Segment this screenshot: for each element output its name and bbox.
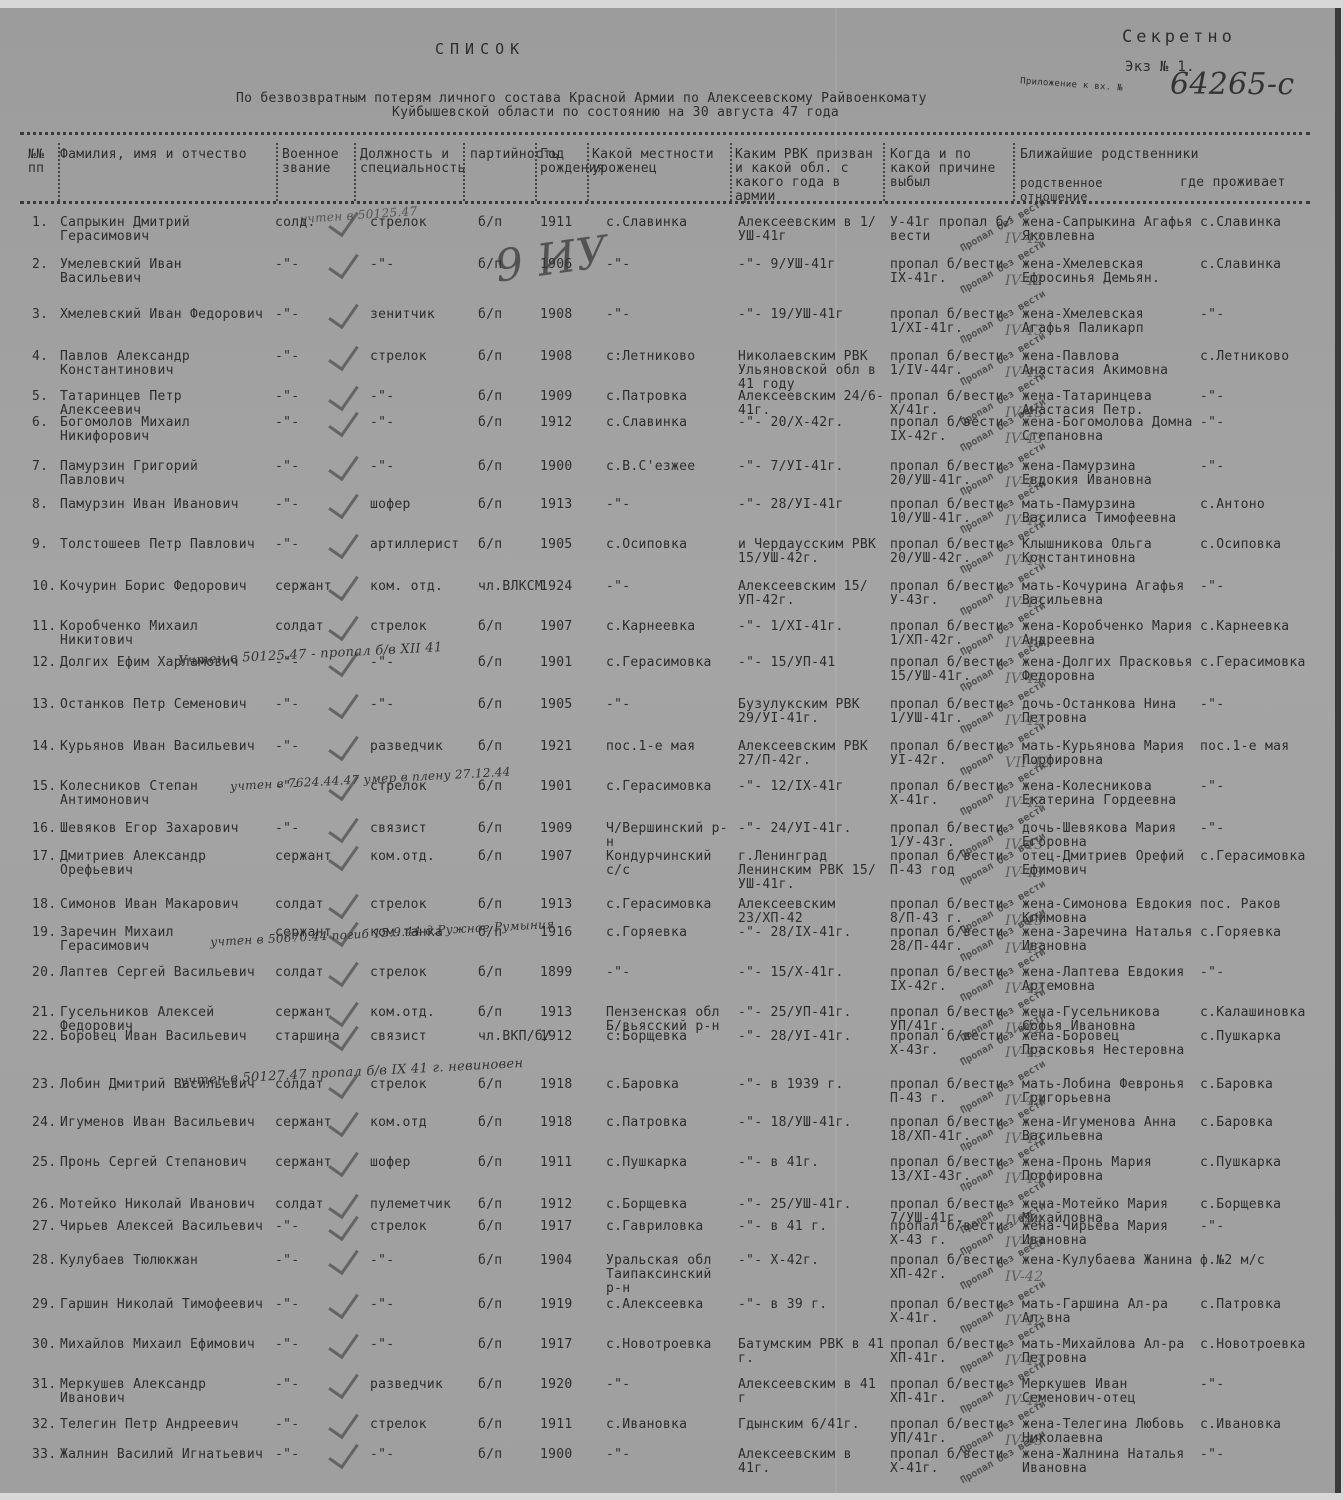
handwritten-note-row19: учтен в 50670.44 погиб 15.9.44 д.Ружное …	[210, 917, 555, 949]
row-origin: с.Патровка	[606, 390, 734, 404]
row-origin: с.Пушкарка	[606, 1156, 734, 1170]
row-number: 33.	[32, 1448, 56, 1462]
row-number: 3.	[32, 308, 48, 322]
row-conscripted: -"- 18/УШ-41г.	[738, 1116, 886, 1130]
row-residence: с.Карнеевка	[1200, 620, 1320, 634]
row-residence: с.Новотроевка	[1200, 1338, 1320, 1352]
row-birth-year: 1912	[540, 1030, 573, 1044]
row-party: б/п	[478, 1198, 502, 1212]
row-conscripted: -"- 15/X-41г.	[738, 966, 886, 980]
row-number: 8.	[32, 498, 48, 512]
row-role: стрелок	[370, 1220, 470, 1234]
col-divider	[587, 143, 589, 201]
header-bottom-rule	[20, 201, 1310, 204]
row-party: чл.ВЛКСМ	[478, 580, 543, 594]
row-relative: жена-Чирьева Мария Ивановна	[1022, 1220, 1197, 1248]
row-name: Татаринцев Петр Алексеевич	[60, 390, 270, 418]
col-origin: Какой местности уроженец	[592, 148, 727, 176]
row-conscripted: -"- в 39 г.	[738, 1298, 886, 1312]
row-origin: -"-	[606, 1448, 734, 1462]
row-role: разведчик	[370, 740, 470, 754]
row-relative: мать-Гаршина Ал-ра Ал-вна	[1022, 1298, 1197, 1326]
checkmark-icon	[328, 608, 359, 642]
row-conscripted: -"- в 41 г.	[738, 1220, 886, 1234]
row-residence: с.Баровка	[1200, 1078, 1320, 1092]
row-residence: -"-	[1200, 1378, 1320, 1392]
row-birth-year: 1918	[540, 1078, 573, 1092]
row-number: 1.	[32, 216, 48, 230]
row-origin: с.Горяевка	[606, 926, 734, 940]
row-number: 20.	[32, 966, 56, 980]
checkmark-icon	[328, 526, 359, 560]
document-subtitle-line1: По безвозвратным потерям личного состава…	[236, 92, 927, 106]
row-birth-year: 1907	[540, 620, 573, 634]
row-party: б/п	[478, 966, 502, 980]
row-conscripted: Алексеевским в 1/УШ-41г	[738, 216, 886, 244]
archive-number: 64265-с	[1170, 78, 1294, 92]
row-conscripted: -"- 15/УП-41	[738, 656, 886, 670]
row-conscripted: -"- в 1939 г.	[738, 1078, 886, 1092]
row-party: б/п	[478, 350, 502, 364]
row-residence: с.Ивановка	[1200, 1418, 1320, 1432]
row-residence: с.Антоно	[1200, 498, 1320, 512]
row-origin: с.Славинка	[606, 216, 734, 230]
row-birth-year: 1904	[540, 1254, 573, 1268]
checkmark-icon	[328, 838, 359, 872]
row-name: Толстошеев Петр Павлович	[60, 538, 270, 552]
row-residence: -"-	[1200, 580, 1320, 594]
row-party: б/п	[478, 1448, 502, 1462]
row-origin: с.В.С'езжее	[606, 460, 734, 474]
row-rank: -"-	[275, 1338, 299, 1352]
row-party: б/п	[478, 498, 502, 512]
row-party: б/п	[478, 1254, 502, 1268]
row-party: б/п	[478, 1006, 502, 1020]
row-conscripted: Алексеевским 23/XП-42	[738, 898, 886, 926]
row-relative: жена-Пронь Мария Порфировна	[1022, 1156, 1197, 1184]
row-birth-year: 1913	[540, 498, 573, 512]
row-party: б/п	[478, 1298, 502, 1312]
row-residence: ф.№2 м/с	[1200, 1254, 1320, 1268]
row-role: ком.отд	[370, 1116, 470, 1130]
checkmark-icon	[328, 1144, 359, 1178]
row-residence: -"-	[1200, 416, 1320, 430]
row-birth-year: 1920	[540, 1378, 573, 1392]
checkmark-icon	[328, 1018, 359, 1052]
row-residence: -"-	[1200, 308, 1320, 322]
row-role: артиллерист	[370, 538, 470, 552]
row-rank: -"-	[275, 258, 299, 272]
col-relatives-group: Ближайшие родственники	[1020, 148, 1199, 162]
header-top-rule	[20, 132, 1310, 135]
row-birth-year: 1900	[540, 1448, 573, 1462]
row-number: 6.	[32, 416, 48, 430]
row-relative: мать-Кочурина Агафья Васильевна	[1022, 580, 1197, 608]
row-origin: Уральская обл Таипаксинский р-н	[606, 1254, 734, 1296]
stamp-mark: IV-43	[1005, 1046, 1043, 1060]
row-conscripted: -"- 28/УI-41г.	[738, 1030, 886, 1044]
checkmark-icon	[328, 486, 359, 520]
row-residence: пос.1-е мая	[1200, 740, 1320, 754]
row-rank: -"-	[275, 740, 299, 754]
col-position: Должность и специальность	[360, 148, 460, 176]
row-conscripted: -"- 25/УП-41г.	[738, 1006, 886, 1020]
col-departure: Когда и по какой причине выбыл	[890, 148, 1010, 190]
row-conscripted: -"- 12/IX-41г	[738, 780, 886, 794]
row-birth-year: 1905	[540, 698, 573, 712]
row-name: Симонов Иван Макарович	[60, 898, 270, 912]
row-origin: с.Алексеевка	[606, 1298, 734, 1312]
row-origin: -"-	[606, 580, 734, 594]
document-page: СПИСОК Секретно Экз № 1. 64265-с Приложе…	[0, 8, 1341, 1493]
row-residence: с.Осиповка	[1200, 538, 1320, 552]
row-name: Кулубаев Тюлюкжан	[60, 1254, 270, 1268]
classification-mark: Секретно	[1122, 30, 1236, 44]
row-name: Умелевский Иван Васильевич	[60, 258, 270, 286]
row-number: 29.	[32, 1298, 56, 1312]
row-number: 12.	[32, 656, 56, 670]
row-number: 21.	[32, 1006, 56, 1020]
row-relative: жена-Симонова Евдокия Климовна	[1022, 898, 1197, 926]
row-party: б/п	[478, 1156, 502, 1170]
row-conscripted: Алексеевским 24/6-41г.	[738, 390, 886, 418]
row-rank: -"-	[275, 390, 299, 404]
row-role: -"-	[370, 416, 470, 430]
row-conscripted: -"- 28/УI-41г	[738, 498, 886, 512]
row-number: 25.	[32, 1156, 56, 1170]
row-relative: жена-Сапрыкина Агафья Яковлевна	[1022, 216, 1197, 244]
row-number: 11.	[32, 620, 56, 634]
col-rank: Военное звание	[282, 148, 352, 176]
row-name: Хмелевский Иван Федорович	[60, 308, 270, 322]
row-party: б/п	[478, 698, 502, 712]
checkmark-icon	[328, 954, 359, 988]
row-party: б/п	[478, 740, 502, 754]
row-birth-year: 1911	[540, 1156, 573, 1170]
row-name: Дмитриев Александр Орефьевич	[60, 850, 270, 878]
row-rank: -"-	[275, 460, 299, 474]
row-number: 15.	[32, 780, 56, 794]
row-residence: с.Калашиновка	[1200, 1006, 1320, 1020]
row-role: -"-	[370, 460, 470, 474]
row-relative: жена-Заречина Наталья Ивановна	[1022, 926, 1197, 954]
row-origin: с.Герасимовка	[606, 898, 734, 912]
col-residence: где проживает	[1180, 176, 1286, 190]
row-role: зенитчик	[370, 308, 470, 322]
col-divider	[463, 143, 465, 201]
row-birth-year: 1909	[540, 822, 573, 836]
row-name: Боровец Иван Васильевич	[60, 1030, 270, 1044]
row-origin: -"-	[606, 258, 734, 272]
row-relative: дочь-Останкова Нина Петровна	[1022, 698, 1197, 726]
row-relative: жена-Хмелевская Ефросинья Демьян.	[1022, 258, 1197, 286]
row-party: б/п	[478, 538, 502, 552]
row-role: связист	[370, 822, 470, 836]
row-conscripted: Алексеевским в 41г.	[738, 1448, 886, 1476]
row-conscripted: -"- в 41г.	[738, 1156, 886, 1170]
row-conscripted: -"- 25/УШ-41г.	[738, 1198, 886, 1212]
row-birth-year: 1899	[540, 966, 573, 980]
row-rank: сержант	[275, 1116, 332, 1130]
row-role: связист	[370, 1030, 470, 1044]
checkmark-icon	[328, 1406, 359, 1440]
row-relative: жена-Памурзина Евдокия Ивановна	[1022, 460, 1197, 488]
row-role: -"-	[370, 1254, 470, 1268]
row-conscripted: Алексеевским 15/УП-42г.	[738, 580, 886, 608]
row-name: Мотейко Николай Иванович	[60, 1198, 270, 1212]
col-birth-year: Год рождения	[540, 148, 582, 176]
row-role: ком. отд.	[370, 580, 470, 594]
row-relative: жена-Кулубаева Жанина	[1022, 1254, 1197, 1268]
row-name: Сапрыкин Дмитрий Герасимович	[60, 216, 270, 244]
row-birth-year: 1913	[540, 1006, 573, 1020]
row-conscripted: Бузулукским РВК 29/УI-41г.	[738, 698, 886, 726]
row-birth-year: 1911	[540, 1418, 573, 1432]
row-rank: -"-	[275, 308, 299, 322]
row-name: Богомолов Михаил Никифорович	[60, 416, 270, 444]
row-role: стрелок	[370, 898, 470, 912]
row-conscripted: Гдынским 6/41г.	[738, 1418, 886, 1432]
row-relative: отец-Дмитриев Орефий Ефимович	[1022, 850, 1197, 878]
row-name: Памурзин Григорий Павлович	[60, 460, 270, 488]
row-birth-year: 1908	[540, 308, 573, 322]
row-role: -"-	[370, 1338, 470, 1352]
row-rank: -"-	[275, 1254, 299, 1268]
row-birth-year: 1912	[540, 1198, 573, 1212]
col-divider	[1013, 143, 1015, 201]
checkmark-icon	[328, 568, 359, 602]
row-rank: сержант	[275, 1156, 332, 1170]
row-number: 10.	[32, 580, 56, 594]
row-birth-year: 1918	[540, 1116, 573, 1130]
row-residence: с.Славинка	[1200, 216, 1320, 230]
row-residence: -"-	[1200, 1220, 1320, 1234]
row-birth-year: 1908	[540, 350, 573, 364]
row-birth-year: 1911	[540, 216, 573, 230]
row-birth-year: 1905	[540, 538, 573, 552]
row-origin: с.Новотроевка	[606, 1338, 734, 1352]
row-rank: -"-	[275, 1378, 299, 1392]
row-birth-year: 1909	[540, 390, 573, 404]
row-rank: сержант	[275, 1006, 332, 1020]
row-number: 5.	[32, 390, 48, 404]
row-birth-year: 1907	[540, 850, 573, 864]
row-conscripted: Алексеевским в 41 г	[738, 1378, 886, 1406]
row-party: б/п	[478, 850, 502, 864]
row-number: 32.	[32, 1418, 56, 1432]
checkmark-icon	[328, 448, 359, 482]
row-conscripted: Алексеевским РВК 27/П-42г.	[738, 740, 886, 768]
document-subtitle-line2: Куйбышевской области по состоянию на 30 …	[392, 106, 839, 120]
row-origin: с.Славинка	[606, 416, 734, 430]
row-rank: -"-	[275, 1298, 299, 1312]
checkmark-icon	[328, 404, 359, 438]
row-residence: с.Патровка	[1200, 1298, 1320, 1312]
row-rank: -"-	[275, 538, 299, 552]
checkmark-icon	[328, 246, 359, 280]
row-number: 27.	[32, 1220, 56, 1234]
row-conscripted: -"- 1/XI-41г.	[738, 620, 886, 634]
row-relative: мать-Памурзина Василиса Тимофеевна	[1022, 498, 1197, 526]
row-party: б/п	[478, 780, 502, 794]
row-role: шофер	[370, 1156, 470, 1170]
row-role: -"-	[370, 390, 470, 404]
row-party: б/п	[478, 1338, 502, 1352]
row-birth-year: 1901	[540, 780, 573, 794]
row-relative: жена-Коробченко Мария Андреевна	[1022, 620, 1197, 648]
col-divider	[354, 143, 356, 201]
row-role: разведчик	[370, 1378, 470, 1392]
row-rank: солдат	[275, 898, 324, 912]
row-residence: -"-	[1200, 1448, 1320, 1462]
handwritten-mark-row2: 9 ИУ	[495, 245, 609, 275]
row-rank: -"-	[275, 350, 299, 364]
row-number: 17.	[32, 850, 56, 864]
row-conscripted: -"- 28/IX-41г.	[738, 926, 886, 940]
row-name: Шевяков Егор Захарович	[60, 822, 270, 836]
row-residence: -"-	[1200, 780, 1320, 794]
checkmark-icon	[328, 1104, 359, 1138]
row-residence: -"-	[1200, 966, 1320, 980]
row-party: б/п	[478, 656, 502, 670]
row-origin: с.Ивановка	[606, 1418, 734, 1432]
checkmark-icon	[328, 1242, 359, 1276]
row-party: б/п	[478, 1116, 502, 1130]
row-name: Телегин Петр Андреевич	[60, 1418, 270, 1432]
row-rank: -"-	[275, 698, 299, 712]
row-party: б/п	[478, 620, 502, 634]
row-party: б/п	[478, 1378, 502, 1392]
row-party: б/п	[478, 308, 502, 322]
row-name: Коробченко Михаил Никитович	[60, 620, 270, 648]
row-name: Михайлов Михаил Ефимович	[60, 1338, 270, 1352]
row-number: 24.	[32, 1116, 56, 1130]
checkmark-icon	[328, 1326, 359, 1360]
row-birth-year: 1900	[540, 460, 573, 474]
row-name: Курьянов Иван Васильевич	[60, 740, 270, 754]
row-role: стрелок	[370, 1078, 470, 1092]
row-origin: Ч/Вершинский р-н	[606, 822, 734, 850]
row-role: -"-	[370, 1448, 470, 1462]
row-rank: солдат	[275, 966, 324, 980]
checkmark-icon	[328, 686, 359, 720]
row-relative: дочь-Шевякова Мария Егоровна	[1022, 822, 1197, 850]
row-role: шофер	[370, 498, 470, 512]
row-residence: с.Пушкарка	[1200, 1030, 1320, 1044]
row-rank: солдат	[275, 1198, 324, 1212]
row-role: стрелок	[370, 966, 470, 980]
checkmark-icon	[328, 338, 359, 372]
row-party: б/п	[478, 216, 502, 230]
row-birth-year: 1901	[540, 656, 573, 670]
col-divider	[730, 143, 732, 201]
row-role: -"-	[370, 258, 470, 272]
col-number: №№ пп	[28, 148, 58, 176]
row-name: Игуменов Иван Васильевич	[60, 1116, 270, 1130]
row-conscripted: -"- 19/УШ-41г	[738, 308, 886, 322]
row-name: Чирьев Алексей Васильевич	[60, 1220, 270, 1234]
row-conscripted: -"- X-42г.	[738, 1254, 886, 1268]
row-residence: с.Летниково	[1200, 350, 1320, 364]
row-party: б/п	[478, 822, 502, 836]
row-number: 30.	[32, 1338, 56, 1352]
row-relative: Клышникова Ольга Константиновна	[1022, 538, 1197, 566]
row-origin: с.Баровка	[606, 1078, 734, 1092]
row-residence: с.Славинка	[1200, 258, 1320, 272]
row-origin: с.Герасимовка	[606, 780, 734, 794]
row-party: б/п	[478, 898, 502, 912]
row-birth-year: 1912	[540, 416, 573, 430]
row-residence: с.Герасимовка	[1200, 656, 1320, 670]
row-rank: -"-	[275, 1418, 299, 1432]
row-role: пулеметчик	[370, 1198, 470, 1212]
stamp-mark: IV-42	[1005, 274, 1043, 288]
row-number: 28.	[32, 1254, 56, 1268]
row-conscripted: и Чердаусским РВК 15/УШ-42г.	[738, 538, 886, 566]
checkmark-icon	[328, 1366, 359, 1400]
col-divider	[276, 143, 278, 201]
row-number: 22.	[32, 1030, 56, 1044]
row-number: 23.	[32, 1078, 56, 1092]
checkmark-icon	[328, 296, 359, 330]
row-name: Павлов Александр Константинович	[60, 350, 270, 378]
row-name: Останков Петр Семенович	[60, 698, 270, 712]
row-name: Лаптев Сергей Васильевич	[60, 966, 270, 980]
row-residence: с.Горяевка	[1200, 926, 1320, 940]
row-birth-year: 1917	[540, 1338, 573, 1352]
row-relative: жена-Богомолова Домна Степановна	[1022, 416, 1197, 444]
row-rank: солдат	[275, 620, 324, 634]
stamp-mark: IV-43	[1005, 866, 1043, 880]
row-origin: с:Летниково	[606, 350, 734, 364]
row-conscripted: -"- 9/УШ-41г	[738, 258, 886, 272]
row-residence: с.Пушкарка	[1200, 1156, 1320, 1170]
row-party: б/п	[478, 1078, 502, 1092]
row-relative: жена-Жалнина Наталья Ивановна	[1022, 1448, 1197, 1476]
col-divider	[535, 143, 537, 201]
row-number: 19.	[32, 926, 56, 940]
row-origin: с.Борщевка	[606, 1198, 734, 1212]
row-residence: с.Борщевка	[1200, 1198, 1320, 1212]
attachment-stamp: Приложение к вх. №	[1020, 74, 1124, 95]
row-number: 9.	[32, 538, 48, 552]
row-birth-year: 1917	[540, 1220, 573, 1234]
row-party: б/п	[478, 1220, 502, 1234]
row-number: 13.	[32, 698, 56, 712]
row-name: Гаршин Николай Тимофеевич	[60, 1298, 270, 1312]
document-title: СПИСОК	[435, 42, 525, 56]
row-relative: Меркушев Иван Семенович-отец	[1022, 1378, 1197, 1406]
row-relative: жена-Телегина Любовь Николаевна	[1022, 1418, 1197, 1446]
row-rank: -"-	[275, 1448, 299, 1462]
row-residence: -"-	[1200, 460, 1320, 474]
row-role: стрелок	[370, 620, 470, 634]
row-relative: мать-Михайлова Ал-ра Петровна	[1022, 1338, 1197, 1366]
row-number: 14.	[32, 740, 56, 754]
row-rank: -"-	[275, 822, 299, 836]
row-role: ком.отд.	[370, 850, 470, 864]
row-origin: -"-	[606, 698, 734, 712]
row-origin: Кондурчинский с/с	[606, 850, 734, 878]
row-birth-year: 1924	[540, 580, 573, 594]
row-name: Памурзин Иван Иванович	[60, 498, 270, 512]
row-role: стрелок	[370, 1418, 470, 1432]
checkmark-icon	[328, 1286, 359, 1320]
row-conscripted: г.Ленинград Ленинским РВК 15/УШ-41г.	[738, 850, 886, 892]
row-role: -"-	[370, 1298, 470, 1312]
row-origin: с:Борщевка	[606, 1030, 734, 1044]
row-origin: с.Гавриловка	[606, 1220, 734, 1234]
